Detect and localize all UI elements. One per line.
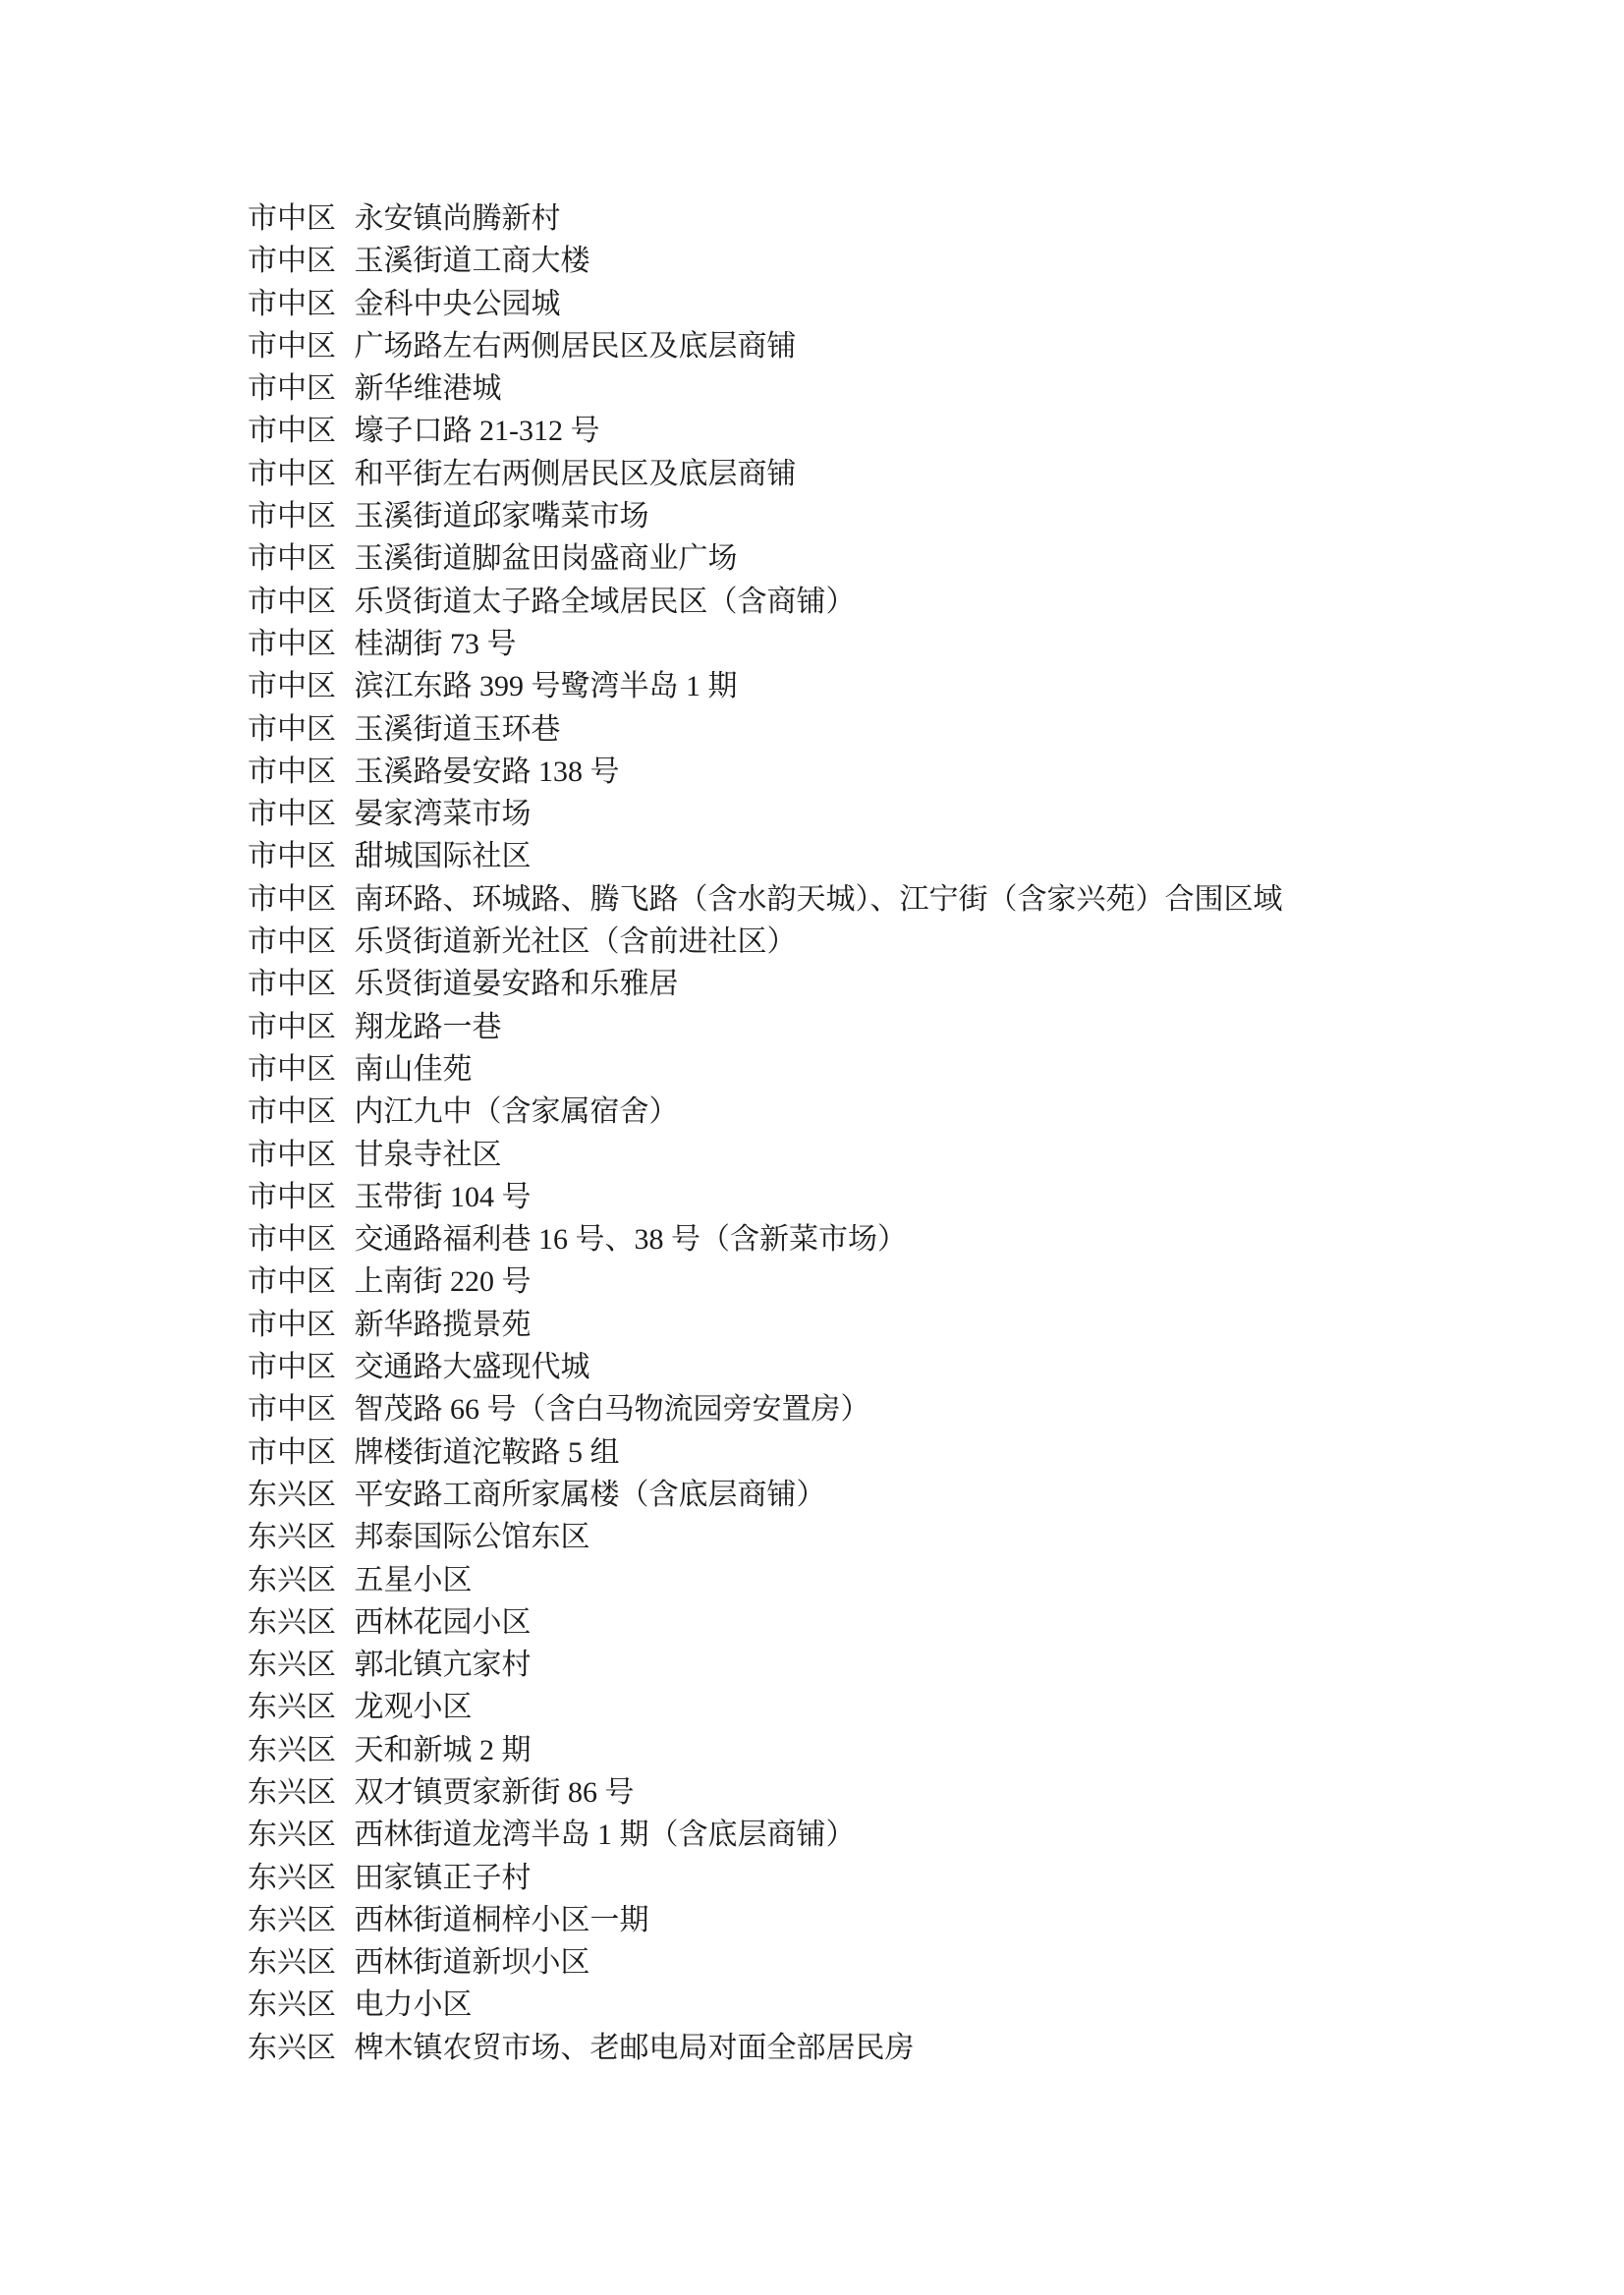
list-item: 市中区 乐贤街道太子路全域居民区（含商铺） — [248, 581, 1283, 623]
location-label: 内江九中（含家属宿舍） — [355, 1091, 679, 1133]
list-item: 东兴区 双才镇贾家新街 86 号 — [248, 1771, 1283, 1814]
location-label: 金科中央公园城 — [355, 283, 561, 325]
location-label: 玉溪路晏安路 138 号 — [355, 751, 620, 793]
district-label: 市中区 — [248, 240, 336, 282]
list-item: 市中区 永安镇尚腾新村 — [248, 197, 1283, 240]
list-item: 市中区 桂湖街 73 号 — [248, 623, 1283, 665]
location-label: 南山佳苑 — [355, 1048, 473, 1091]
district-label: 市中区 — [248, 878, 336, 921]
district-label: 东兴区 — [248, 1814, 336, 1856]
location-label: 新华路揽景苑 — [355, 1304, 532, 1346]
list-item: 市中区 牌楼街道沱鞍路 5 组 — [248, 1431, 1283, 1474]
list-item: 市中区 交通路福利巷 16 号、38 号（含新菜市场） — [248, 1218, 1283, 1260]
list-item: 东兴区 邦泰国际公馆东区 — [248, 1516, 1283, 1558]
location-label: 甘泉寺社区 — [355, 1134, 502, 1176]
location-label: 西林街道龙湾半岛 1 期（含底层商铺） — [355, 1814, 856, 1856]
district-label: 东兴区 — [248, 1686, 336, 1728]
district-label: 市中区 — [248, 495, 336, 537]
district-label: 东兴区 — [248, 1729, 336, 1771]
list-item: 东兴区 西林街道桐梓小区一期 — [248, 1899, 1283, 1941]
location-label: 郭北镇亢家村 — [355, 1644, 532, 1686]
district-label: 市中区 — [248, 367, 336, 410]
location-label: 椑木镇农贸市场、老邮电局对面全部居民房 — [355, 2027, 915, 2069]
district-label: 东兴区 — [248, 1771, 336, 1814]
location-label: 交通路福利巷 16 号、38 号（含新菜市场） — [355, 1218, 908, 1260]
list-item: 市中区 玉溪街道工商大楼 — [248, 240, 1283, 282]
list-item: 市中区 乐贤街道新光社区（含前进社区） — [248, 921, 1283, 963]
list-item: 东兴区 电力小区 — [248, 1984, 1283, 2026]
district-label: 东兴区 — [248, 1899, 336, 1941]
list-item: 市中区 金科中央公园城 — [248, 283, 1283, 325]
location-label: 五星小区 — [355, 1559, 473, 1601]
district-label: 东兴区 — [248, 1941, 336, 1984]
district-label: 市中区 — [248, 537, 336, 580]
location-label: 西林街道新坝小区 — [355, 1941, 590, 1984]
location-label: 智茂路 66 号（含白马物流园旁安置房） — [355, 1388, 870, 1430]
location-label: 翔龙路一巷 — [355, 1006, 502, 1048]
location-label: 玉溪街道玉环巷 — [355, 708, 561, 751]
district-label: 东兴区 — [248, 1474, 336, 1516]
district-label: 市中区 — [248, 921, 336, 963]
district-label: 市中区 — [248, 325, 336, 367]
district-label: 市中区 — [248, 1048, 336, 1091]
list-item: 市中区 乐贤街道晏安路和乐雅居 — [248, 963, 1283, 1005]
location-label: 交通路大盛现代城 — [355, 1346, 590, 1388]
list-item: 市中区 新华路揽景苑 — [248, 1304, 1283, 1346]
district-label: 市中区 — [248, 1091, 336, 1133]
district-label: 市中区 — [248, 581, 336, 623]
district-label: 东兴区 — [248, 1516, 336, 1558]
list-item: 东兴区 椑木镇农贸市场、老邮电局对面全部居民房 — [248, 2027, 1283, 2069]
location-label: 西林街道桐梓小区一期 — [355, 1899, 649, 1941]
location-label: 南环路、环城路、腾飞路（含水韵天城）、江宁街（含家兴苑）合围区域 — [355, 878, 1283, 921]
list-item: 东兴区 郭北镇亢家村 — [248, 1644, 1283, 1686]
list-item: 市中区 新华维港城 — [248, 367, 1283, 410]
list-item: 东兴区 天和新城 2 期 — [248, 1729, 1283, 1771]
district-label: 市中区 — [248, 708, 336, 751]
location-label: 邦泰国际公馆东区 — [355, 1516, 590, 1558]
location-label: 桂湖街 73 号 — [355, 623, 517, 665]
location-label: 玉溪街道工商大楼 — [355, 240, 590, 282]
district-label: 市中区 — [248, 963, 336, 1005]
district-label: 东兴区 — [248, 1601, 336, 1644]
location-label: 电力小区 — [355, 1984, 473, 2026]
location-label: 龙观小区 — [355, 1686, 473, 1728]
district-label: 市中区 — [248, 1304, 336, 1346]
document-page: 市中区 永安镇尚腾新村 市中区 玉溪街道工商大楼 市中区 金科中央公园城 市中区… — [0, 0, 1624, 2295]
location-label: 天和新城 2 期 — [355, 1729, 532, 1771]
location-label: 上南街 220 号 — [355, 1260, 532, 1303]
list-item: 市中区 交通路大盛现代城 — [248, 1346, 1283, 1388]
list-item: 市中区 翔龙路一巷 — [248, 1006, 1283, 1048]
list-item: 东兴区 西林花园小区 — [248, 1601, 1283, 1644]
location-label: 新华维港城 — [355, 367, 502, 410]
list-item: 市中区 玉带街 104 号 — [248, 1176, 1283, 1218]
district-label: 市中区 — [248, 665, 336, 707]
list-item: 东兴区 西林街道龙湾半岛 1 期（含底层商铺） — [248, 1814, 1283, 1856]
list-item: 东兴区 西林街道新坝小区 — [248, 1941, 1283, 1984]
district-label: 市中区 — [248, 1346, 336, 1388]
location-label: 壕子口路 21-312 号 — [355, 410, 600, 452]
list-item: 市中区 甜城国际社区 — [248, 835, 1283, 877]
location-label: 乐贤街道新光社区（含前进社区） — [355, 921, 797, 963]
district-label: 市中区 — [248, 197, 336, 240]
location-label: 牌楼街道沱鞍路 5 组 — [355, 1431, 620, 1474]
location-label: 晏家湾菜市场 — [355, 793, 532, 835]
location-label: 广场路左右两侧居民区及底层商铺 — [355, 325, 797, 367]
location-label: 田家镇正子村 — [355, 1857, 532, 1899]
district-label: 市中区 — [248, 1388, 336, 1430]
list-item: 市中区 玉溪街道邱家嘴菜市场 — [248, 495, 1283, 537]
list-item: 市中区 壕子口路 21-312 号 — [248, 410, 1283, 452]
district-label: 市中区 — [248, 1006, 336, 1048]
list-item: 市中区 南环路、环城路、腾飞路（含水韵天城）、江宁街（含家兴苑）合围区域 — [248, 878, 1283, 921]
district-label: 市中区 — [248, 623, 336, 665]
list-item: 东兴区 田家镇正子村 — [248, 1857, 1283, 1899]
location-label: 西林花园小区 — [355, 1601, 532, 1644]
district-label: 市中区 — [248, 283, 336, 325]
list-item: 市中区 晏家湾菜市场 — [248, 793, 1283, 835]
district-label: 市中区 — [248, 1260, 336, 1303]
district-label: 市中区 — [248, 1176, 336, 1218]
location-label: 永安镇尚腾新村 — [355, 197, 561, 240]
location-label: 乐贤街道太子路全域居民区（含商铺） — [355, 581, 856, 623]
list-item: 市中区 滨江东路 399 号鹭湾半岛 1 期 — [248, 665, 1283, 707]
district-location-list: 市中区 永安镇尚腾新村 市中区 玉溪街道工商大楼 市中区 金科中央公园城 市中区… — [248, 197, 1283, 2069]
list-item: 东兴区 龙观小区 — [248, 1686, 1283, 1728]
district-label: 东兴区 — [248, 2027, 336, 2069]
district-label: 东兴区 — [248, 1644, 336, 1686]
location-label: 和平街左右两侧居民区及底层商铺 — [355, 453, 797, 495]
location-label: 乐贤街道晏安路和乐雅居 — [355, 963, 679, 1005]
location-label: 双才镇贾家新街 86 号 — [355, 1771, 635, 1814]
district-label: 市中区 — [248, 1218, 336, 1260]
list-item: 市中区 和平街左右两侧居民区及底层商铺 — [248, 453, 1283, 495]
district-label: 市中区 — [248, 453, 336, 495]
location-label: 玉带街 104 号 — [355, 1176, 532, 1218]
district-label: 东兴区 — [248, 1559, 336, 1601]
location-label: 平安路工商所家属楼（含底层商铺） — [355, 1474, 826, 1516]
location-label: 玉溪街道邱家嘴菜市场 — [355, 495, 649, 537]
location-label: 玉溪街道脚盆田岗盛商业广场 — [355, 537, 738, 580]
district-label: 东兴区 — [248, 1984, 336, 2026]
list-item: 市中区 上南街 220 号 — [248, 1260, 1283, 1303]
list-item: 市中区 内江九中（含家属宿舍） — [248, 1091, 1283, 1133]
district-label: 东兴区 — [248, 1857, 336, 1899]
list-item: 市中区 甘泉寺社区 — [248, 1134, 1283, 1176]
district-label: 市中区 — [248, 835, 336, 877]
list-item: 东兴区 平安路工商所家属楼（含底层商铺） — [248, 1474, 1283, 1516]
district-label: 市中区 — [248, 1431, 336, 1474]
district-label: 市中区 — [248, 1134, 336, 1176]
list-item: 市中区 玉溪路晏安路 138 号 — [248, 751, 1283, 793]
list-item: 市中区 南山佳苑 — [248, 1048, 1283, 1091]
list-item: 市中区 广场路左右两侧居民区及底层商铺 — [248, 325, 1283, 367]
district-label: 市中区 — [248, 751, 336, 793]
district-label: 市中区 — [248, 793, 336, 835]
district-label: 市中区 — [248, 410, 336, 452]
location-label: 甜城国际社区 — [355, 835, 532, 877]
list-item: 市中区 智茂路 66 号（含白马物流园旁安置房） — [248, 1388, 1283, 1430]
list-item: 市中区 玉溪街道玉环巷 — [248, 708, 1283, 751]
list-item: 东兴区 五星小区 — [248, 1559, 1283, 1601]
location-label: 滨江东路 399 号鹭湾半岛 1 期 — [355, 665, 738, 707]
list-item: 市中区 玉溪街道脚盆田岗盛商业广场 — [248, 537, 1283, 580]
